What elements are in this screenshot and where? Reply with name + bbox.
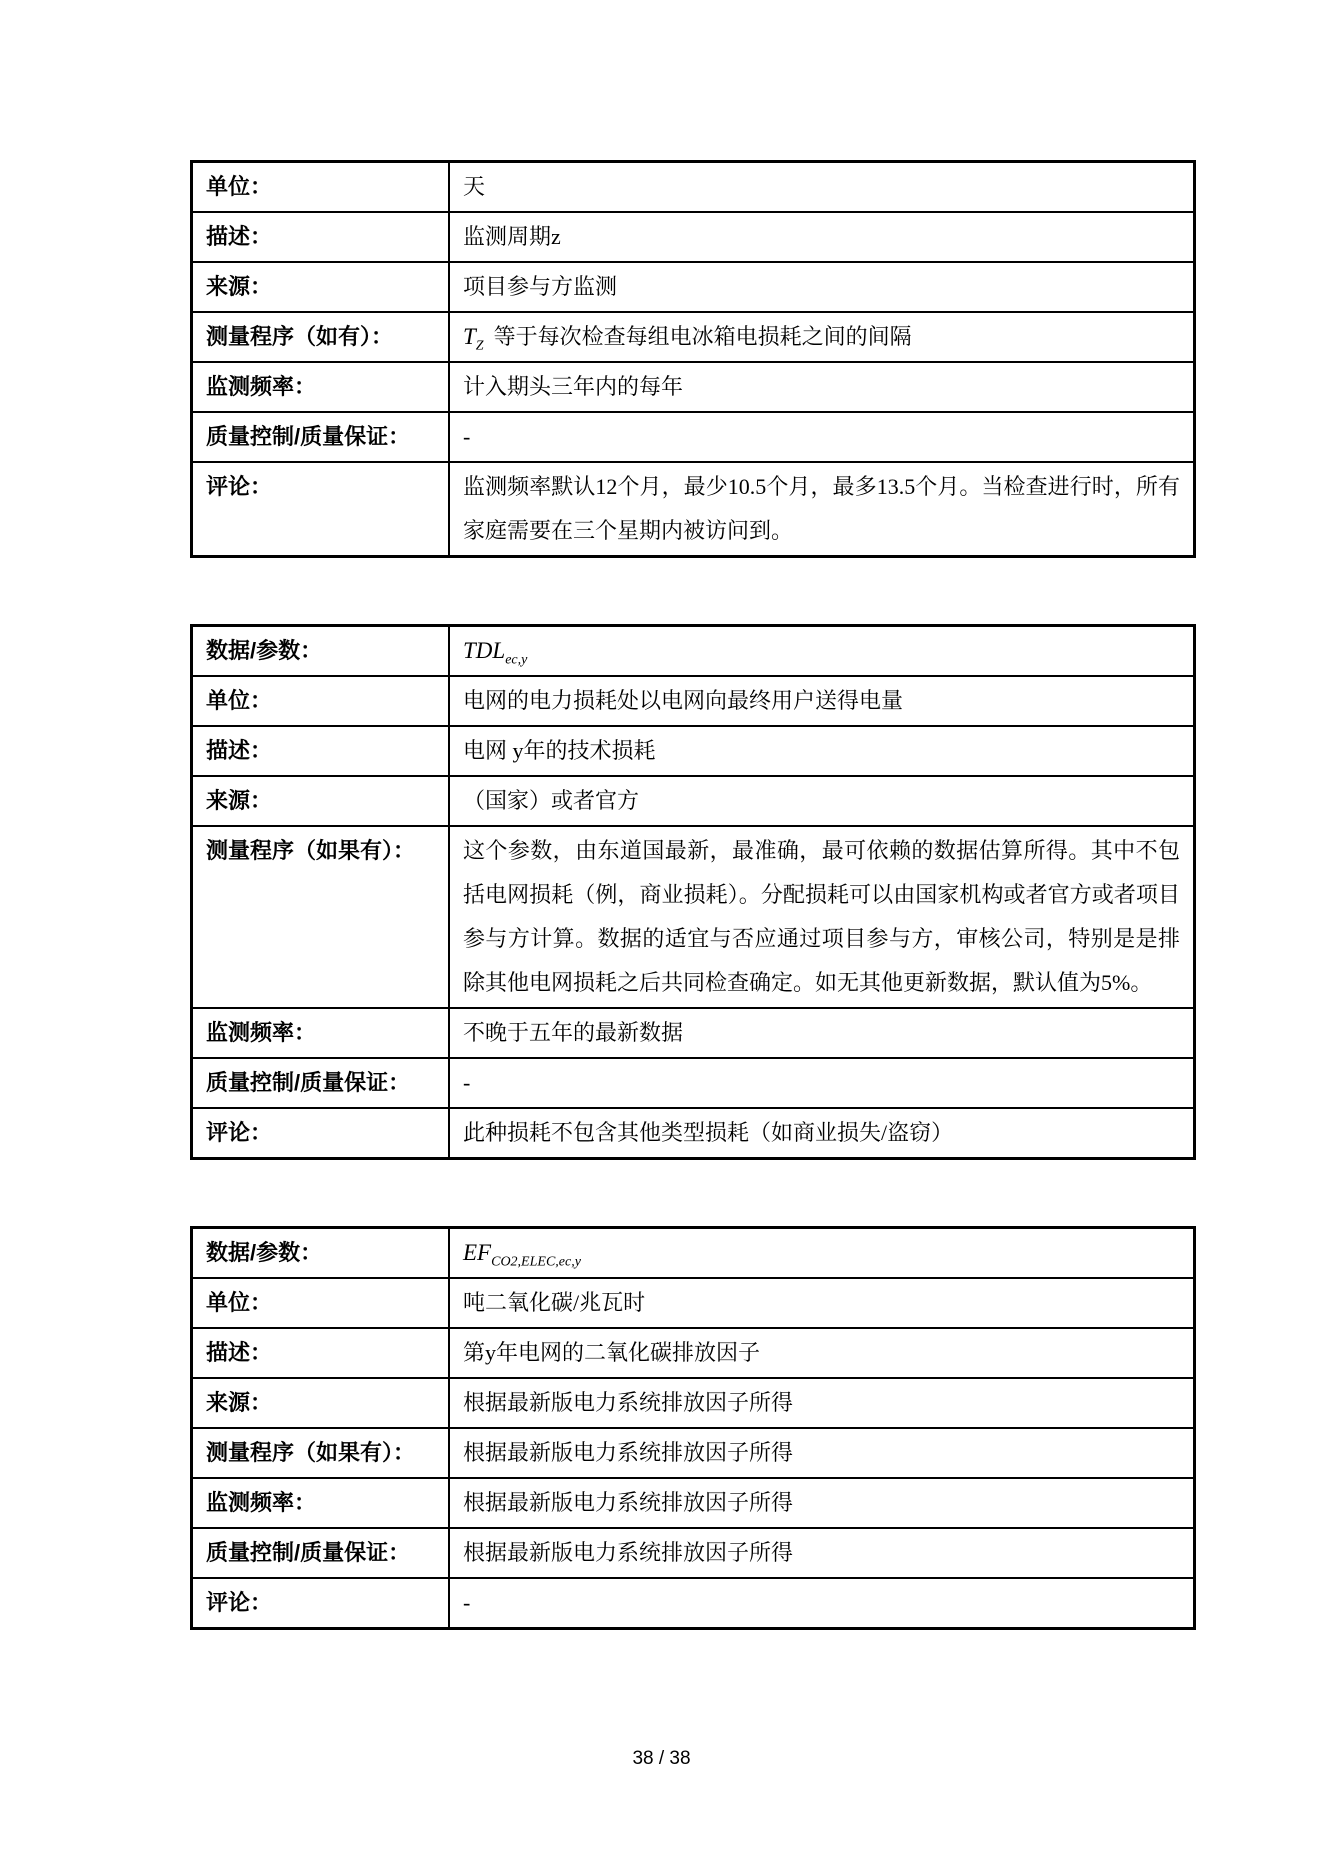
row-value-data-parameter: TDLec,y: [449, 626, 1195, 677]
row-label-monitoring-frequency: 监测频率：: [192, 1478, 450, 1528]
parameter-symbol: TDLec,y: [463, 638, 527, 663]
row-value-monitoring-frequency: 不晚于五年的最新数据: [449, 1008, 1195, 1058]
row-label-comment: 评论：: [192, 462, 450, 557]
row-label-comment: 评论：: [192, 1578, 450, 1629]
table-row: 描述： 第y年电网的二氧化碳排放因子: [192, 1328, 1195, 1378]
table-row: 数据/参数： TDLec,y: [192, 626, 1195, 677]
row-value-text: 等于每次检查每组电冰箱电损耗之间的间隔: [494, 324, 912, 349]
row-label-unit: 单位：: [192, 676, 450, 726]
row-label-measurement-procedure: 测量程序（如果有）：: [192, 1428, 450, 1478]
row-value-unit: 吨二氧化碳/兆瓦时: [449, 1278, 1195, 1328]
table-row: 来源： 根据最新版电力系统排放因子所得: [192, 1378, 1195, 1428]
table-row: 来源： 项目参与方监测: [192, 262, 1195, 312]
row-label-qaqc: 质量控制/质量保证：: [192, 412, 450, 462]
table-row: 质量控制/质量保证： -: [192, 412, 1195, 462]
row-label-data-parameter: 数据/参数：: [192, 1228, 450, 1279]
parameter-symbol: EFCO2,ELEC,ec,y: [463, 1240, 581, 1265]
table-row: 单位： 电网的电力损耗处以电网向最终用户送得电量: [192, 676, 1195, 726]
table-row: 评论： 监测频率默认12个月，最少10.5个月，最多13.5个月。当检查进行时，…: [192, 462, 1195, 557]
row-label-description: 描述：: [192, 212, 450, 262]
row-value-description: 监测周期z: [449, 212, 1195, 262]
row-label-unit: 单位：: [192, 1278, 450, 1328]
row-value-monitoring-frequency: 根据最新版电力系统排放因子所得: [449, 1478, 1195, 1528]
table-row: 测量程序（如果有）： 根据最新版电力系统排放因子所得: [192, 1428, 1195, 1478]
row-label-description: 描述：: [192, 1328, 450, 1378]
row-value-unit: 天: [449, 162, 1195, 213]
row-value-measurement-procedure: 这个参数，由东道国最新，最准确，最可依赖的数据估算所得。其中不包括电网损耗（例，…: [449, 826, 1195, 1008]
symbol-base: TDL: [463, 638, 505, 663]
table-row: 评论： -: [192, 1578, 1195, 1629]
row-label-source: 来源：: [192, 262, 450, 312]
table-row: 监测频率： 根据最新版电力系统排放因子所得: [192, 1478, 1195, 1528]
row-value-source: （国家）或者官方: [449, 776, 1195, 826]
symbol-subscript: ec,y: [505, 652, 527, 667]
document-body: 单位： 天 描述： 监测周期z 来源： 项目参与方监测 测量程序（如有）： TZ…: [190, 160, 1136, 1696]
parameter-symbol: TZ: [463, 324, 484, 349]
table-row: 单位： 吨二氧化碳/兆瓦时: [192, 1278, 1195, 1328]
row-label-source: 来源：: [192, 776, 450, 826]
row-label-monitoring-frequency: 监测频率：: [192, 1008, 450, 1058]
row-value-qaqc: -: [449, 1058, 1195, 1108]
row-label-monitoring-frequency: 监测频率：: [192, 362, 450, 412]
table-row: 监测频率： 不晚于五年的最新数据: [192, 1008, 1195, 1058]
table-row: 质量控制/质量保证： -: [192, 1058, 1195, 1108]
table-row: 质量控制/质量保证： 根据最新版电力系统排放因子所得: [192, 1528, 1195, 1578]
table-row: 测量程序（如果有）： 这个参数，由东道国最新，最准确，最可依赖的数据估算所得。其…: [192, 826, 1195, 1008]
row-label-qaqc: 质量控制/质量保证：: [192, 1528, 450, 1578]
row-value-qaqc: -: [449, 412, 1195, 462]
table-row: 描述： 监测周期z: [192, 212, 1195, 262]
row-value-comment: -: [449, 1578, 1195, 1629]
table-row: 数据/参数： EFCO2,ELEC,ec,y: [192, 1228, 1195, 1279]
row-label-data-parameter: 数据/参数：: [192, 626, 450, 677]
symbol-base: EF: [463, 1240, 491, 1265]
symbol-base: T: [463, 324, 476, 349]
parameter-table-tdl: 数据/参数： TDLec,y 单位： 电网的电力损耗处以电网向最终用户送得电量 …: [190, 624, 1196, 1160]
row-label-source: 来源：: [192, 1378, 450, 1428]
page-number: 38 / 38: [0, 1748, 1323, 1770]
row-label-qaqc: 质量控制/质量保证：: [192, 1058, 450, 1108]
row-value-qaqc: 根据最新版电力系统排放因子所得: [449, 1528, 1195, 1578]
row-value-description: 第y年电网的二氧化碳排放因子: [449, 1328, 1195, 1378]
symbol-subscript: Z: [476, 338, 484, 353]
row-value-description: 电网 y年的技术损耗: [449, 726, 1195, 776]
symbol-subscript: CO2,ELEC,ec,y: [491, 1254, 581, 1269]
row-label-comment: 评论：: [192, 1108, 450, 1159]
row-value-unit: 电网的电力损耗处以电网向最终用户送得电量: [449, 676, 1195, 726]
row-value-comment: 此种损耗不包含其他类型损耗（如商业损失/盗窃）: [449, 1108, 1195, 1159]
table-row: 测量程序（如有）： TZ等于每次检查每组电冰箱电损耗之间的间隔: [192, 312, 1195, 362]
row-value-comment: 监测频率默认12个月，最少10.5个月，最多13.5个月。当检查进行时，所有家庭…: [449, 462, 1195, 557]
table-row: 描述： 电网 y年的技术损耗: [192, 726, 1195, 776]
row-label-measurement-procedure: 测量程序（如果有）：: [192, 826, 450, 1008]
row-label-unit: 单位：: [192, 162, 450, 213]
row-value-measurement-procedure: 根据最新版电力系统排放因子所得: [449, 1428, 1195, 1478]
table-row: 评论： 此种损耗不包含其他类型损耗（如商业损失/盗窃）: [192, 1108, 1195, 1159]
parameter-table-ef: 数据/参数： EFCO2,ELEC,ec,y 单位： 吨二氧化碳/兆瓦时 描述：…: [190, 1226, 1196, 1630]
table-row: 来源： （国家）或者官方: [192, 776, 1195, 826]
row-label-measurement-procedure: 测量程序（如有）：: [192, 312, 450, 362]
row-value-data-parameter: EFCO2,ELEC,ec,y: [449, 1228, 1195, 1279]
row-value-source: 项目参与方监测: [449, 262, 1195, 312]
row-value-measurement-procedure: TZ等于每次检查每组电冰箱电损耗之间的间隔: [449, 312, 1195, 362]
table-row: 监测频率： 计入期头三年内的每年: [192, 362, 1195, 412]
parameter-table-monitoring-period: 单位： 天 描述： 监测周期z 来源： 项目参与方监测 测量程序（如有）： TZ…: [190, 160, 1196, 558]
row-value-monitoring-frequency: 计入期头三年内的每年: [449, 362, 1195, 412]
row-value-source: 根据最新版电力系统排放因子所得: [449, 1378, 1195, 1428]
row-label-description: 描述：: [192, 726, 450, 776]
table-row: 单位： 天: [192, 162, 1195, 213]
